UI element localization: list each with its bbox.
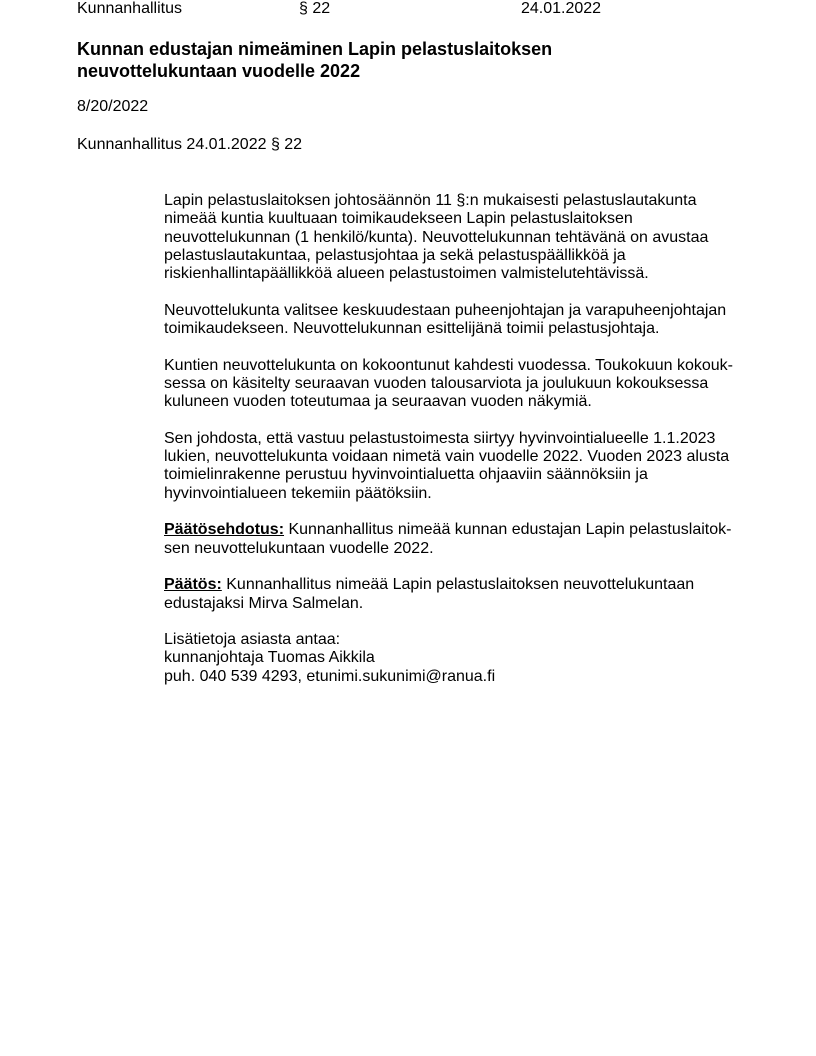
text-line: sessa on käsitelty seuraavan vuoden talo…: [164, 375, 764, 393]
text-line: Neuvottelukunta valitsee keskuudestaan p…: [164, 302, 764, 320]
text-line: hyvinvointialueen tekemiin päätöksiin.: [164, 485, 764, 503]
text-line: neuvottelukunnan (1 henkilö/kunta). Neuv…: [164, 229, 764, 247]
decision-line: Päätös: Kunnanhallitus nimeää Lapin pela…: [164, 576, 764, 594]
paragraph-proposal: Päätösehdotus: Kunnanhallitus nimeää kun…: [164, 521, 764, 558]
text-line: lukien, neuvottelukunta voidaan nimetä v…: [164, 448, 764, 466]
document-title: Kunnan edustajan nimeäminen Lapin pelast…: [77, 38, 552, 82]
decision-label: Päätös:: [164, 576, 222, 593]
title-line: Kunnan edustajan nimeäminen Lapin pelast…: [77, 38, 552, 60]
paragraph-chair: Neuvottelukunta valitsee keskuudestaan p…: [164, 302, 764, 339]
paragraph-welfare-area: Sen johdosta, että vastuu pelastustoimes…: [164, 430, 764, 503]
decision-line: edustajaksi Mirva Salmelan.: [164, 595, 764, 613]
proposal-line: sen neuvottelukuntaan vuodelle 2022.: [164, 540, 764, 558]
proposal-text: Kunnanhallitus nimeää kunnan edustajan L…: [284, 521, 731, 538]
text-line: riskienhallintapäällikköä alueen pelastu…: [164, 265, 764, 283]
proposal-label: Päätösehdotus:: [164, 521, 284, 538]
text-line: Sen johdosta, että vastuu pelastustoimes…: [164, 430, 764, 448]
contact-intro: Lisätietoja asiasta antaa:: [164, 631, 764, 649]
text-line: toimikaudekseen. Neuvottelukunnan esitte…: [164, 320, 764, 338]
paragraph-background: Lapin pelastuslaitoksen johtosäännön 11 …: [164, 192, 764, 283]
diary-number: 8/20/2022: [77, 98, 148, 116]
title-line: neuvottelukuntaan vuodelle 2022: [77, 60, 552, 82]
contact-person: kunnanjohtaja Tuomas Aikkila: [164, 649, 764, 667]
header-body-name: Kunnanhallitus: [77, 0, 182, 18]
paragraph-contact: Lisätietoja asiasta antaa: kunnanjohtaja…: [164, 631, 764, 686]
text-line: Lapin pelastuslaitoksen johtosäännön 11 …: [164, 192, 764, 210]
text-line: toimielinrakenne perustuu hyvinvointialu…: [164, 466, 764, 484]
paragraph-meetings: Kuntien neuvottelukunta on kokoontunut k…: [164, 357, 764, 412]
proposal-line: Päätösehdotus: Kunnanhallitus nimeää kun…: [164, 521, 764, 539]
header-section: § 22: [299, 0, 330, 18]
text-line: kuluneen vuoden toteutumaa ja seuraavan …: [164, 393, 764, 411]
header-date: 24.01.2022: [521, 0, 601, 18]
text-line: Kuntien neuvottelukunta on kokoontunut k…: [164, 357, 764, 375]
text-line: nimeää kuntia kuultuaan toimikaudekseen …: [164, 210, 764, 228]
document-body: Lapin pelastuslaitoksen johtosäännön 11 …: [164, 192, 764, 704]
paragraph-decision: Päätös: Kunnanhallitus nimeää Lapin pela…: [164, 576, 764, 613]
decision-text: Kunnanhallitus nimeää Lapin pelastuslait…: [222, 576, 694, 593]
contact-details: puh. 040 539 4293, etunimi.sukunimi@ranu…: [164, 668, 764, 686]
text-line: pelastuslautakuntaa, pelastusjohtaa ja s…: [164, 247, 764, 265]
meeting-reference: Kunnanhallitus 24.01.2022 § 22: [77, 136, 302, 154]
